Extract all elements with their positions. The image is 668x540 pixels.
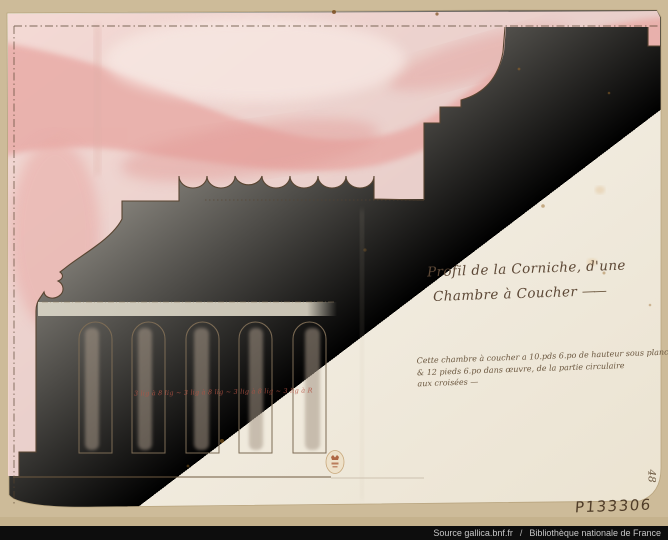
entablature-band xyxy=(38,302,337,316)
footer-source: Source gallica.bnf.fr xyxy=(433,528,513,538)
scanned-page: Profil de la Corniche, d'une Chambre à C… xyxy=(0,0,668,540)
collection-stamp xyxy=(326,451,344,474)
shelfmark: P133306 xyxy=(574,496,652,517)
paper-crease xyxy=(360,210,364,500)
folio-number: 48 xyxy=(646,469,658,482)
footer-institution: Bibliothèque nationale de France xyxy=(529,528,661,538)
footer-credit-bar: Source gallica.bnf.fr / Bibliothèque nat… xyxy=(0,526,668,540)
title-flourish: —— xyxy=(582,283,606,300)
footer-separator: / xyxy=(520,528,523,538)
mount-lower-strip xyxy=(0,517,668,526)
